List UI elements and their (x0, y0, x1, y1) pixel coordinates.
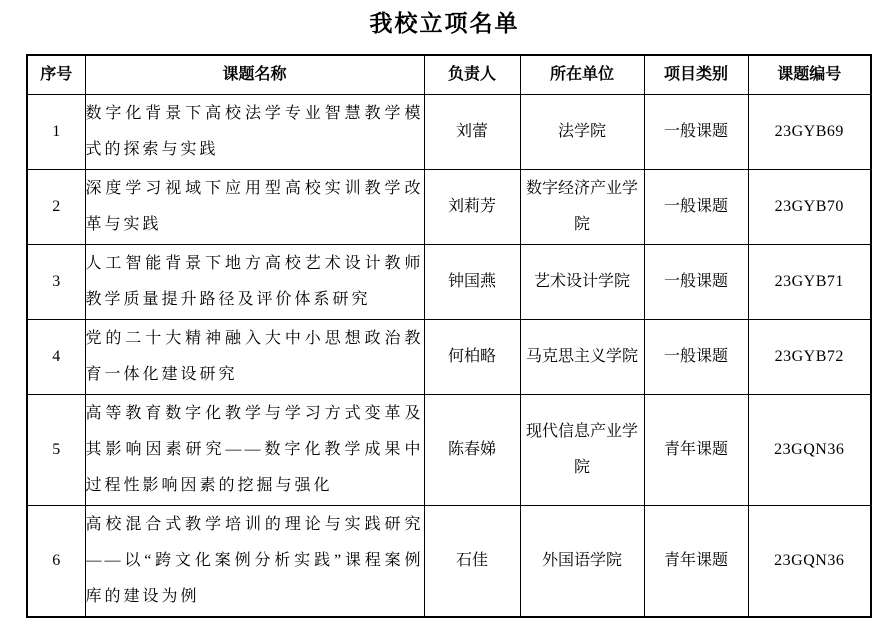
project-leader: 陈春娣 (424, 395, 520, 506)
project-title: 高校混合式教学培训的理论与实践研究——以“跨文化案例分析实践”课程案例库的建设为… (85, 506, 424, 617)
table-row: 6 高校混合式教学培训的理论与实践研究——以“跨文化案例分析实践”课程案例库的建… (27, 506, 871, 617)
row-number: 4 (27, 320, 85, 395)
project-code: 23GQN36 (748, 395, 871, 506)
project-title: 数字化背景下高校法学专业智慧教学模式的探索与实践 (85, 95, 424, 170)
col-header-leader: 负责人 (424, 55, 520, 95)
table-row: 1 数字化背景下高校法学专业智慧教学模式的探索与实践 刘蕾 法学院 一般课题 2… (27, 95, 871, 170)
project-unit: 艺术设计学院 (520, 245, 644, 320)
project-category: 青年课题 (644, 506, 748, 617)
project-leader: 钟国燕 (424, 245, 520, 320)
project-title: 人工智能背景下地方高校艺术设计教师教学质量提升路径及评价体系研究 (85, 245, 424, 320)
project-unit: 法学院 (520, 95, 644, 170)
project-code: 23GYB69 (748, 95, 871, 170)
project-category: 一般课题 (644, 320, 748, 395)
page-title: 我校立项名单 (0, 0, 889, 39)
project-unit: 外国语学院 (520, 506, 644, 617)
col-header-name: 课题名称 (85, 55, 424, 95)
col-header-code: 课题编号 (748, 55, 871, 95)
project-title: 高等教育数字化教学与学习方式变革及其影响因素研究——数字化教学成果中过程性影响因… (85, 395, 424, 506)
document-page: 我校立项名单 序号 课题名称 负责人 所在单位 项目类别 课题编号 1 数字化背… (0, 0, 889, 623)
col-header-no: 序号 (27, 55, 85, 95)
row-number: 3 (27, 245, 85, 320)
project-category: 一般课题 (644, 245, 748, 320)
project-list-table: 序号 课题名称 负责人 所在单位 项目类别 课题编号 1 数字化背景下高校法学专… (26, 54, 872, 618)
project-code: 23GYB72 (748, 320, 871, 395)
row-number: 1 (27, 95, 85, 170)
row-number: 2 (27, 170, 85, 245)
project-code: 23GQN36 (748, 506, 871, 617)
table-header-row: 序号 课题名称 负责人 所在单位 项目类别 课题编号 (27, 55, 871, 95)
row-number: 6 (27, 506, 85, 617)
project-leader: 何柏略 (424, 320, 520, 395)
table-row: 4 党的二十大精神融入大中小思想政治教育一体化建设研究 何柏略 马克思主义学院 … (27, 320, 871, 395)
project-title: 深度学习视域下应用型高校实训教学改革与实践 (85, 170, 424, 245)
project-category: 青年课题 (644, 395, 748, 506)
project-leader: 石佳 (424, 506, 520, 617)
col-header-unit: 所在单位 (520, 55, 644, 95)
table-row: 5 高等教育数字化教学与学习方式变革及其影响因素研究——数字化教学成果中过程性影… (27, 395, 871, 506)
project-title: 党的二十大精神融入大中小思想政治教育一体化建设研究 (85, 320, 424, 395)
project-category: 一般课题 (644, 95, 748, 170)
table-row: 2 深度学习视域下应用型高校实训教学改革与实践 刘莉芳 数字经济产业学院 一般课… (27, 170, 871, 245)
project-category: 一般课题 (644, 170, 748, 245)
project-unit: 现代信息产业学院 (520, 395, 644, 506)
project-unit: 马克思主义学院 (520, 320, 644, 395)
project-code: 23GYB71 (748, 245, 871, 320)
project-leader: 刘蕾 (424, 95, 520, 170)
row-number: 5 (27, 395, 85, 506)
col-header-category: 项目类别 (644, 55, 748, 95)
project-unit: 数字经济产业学院 (520, 170, 644, 245)
project-leader: 刘莉芳 (424, 170, 520, 245)
table-row: 3 人工智能背景下地方高校艺术设计教师教学质量提升路径及评价体系研究 钟国燕 艺… (27, 245, 871, 320)
project-code: 23GYB70 (748, 170, 871, 245)
